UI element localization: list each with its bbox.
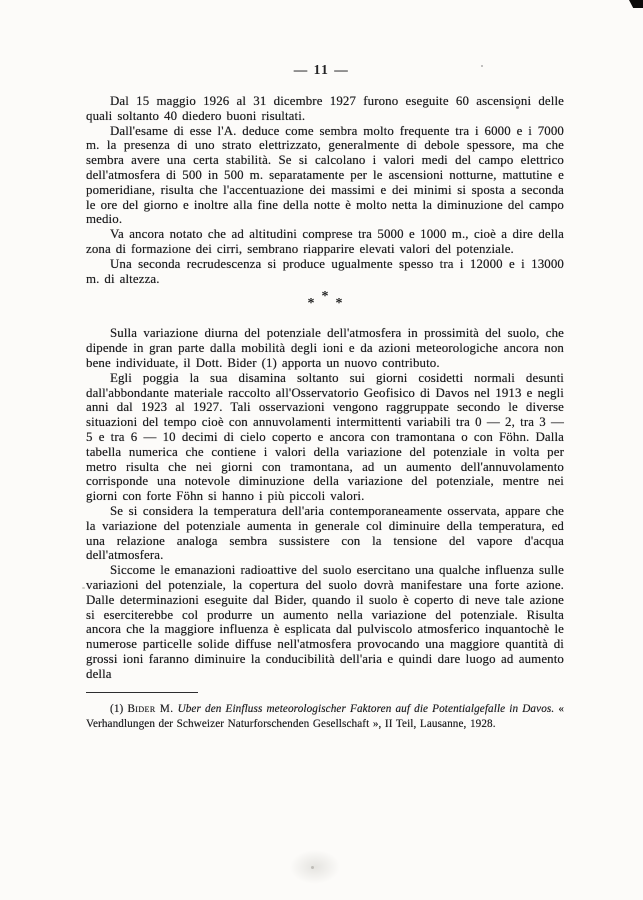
footnote: (1) Bider M. Uber den Einfluss meteorolo… (86, 702, 564, 732)
scan-artifact-speck (516, 106, 519, 109)
paragraph-variazione-diurna: Sulla variazione diurna del potenziale d… (86, 326, 564, 370)
scan-artifact-smudge (290, 850, 340, 884)
paragraph-davos-osservazioni: Egli poggia la sua disamina soltanto sui… (86, 371, 564, 504)
paragraph-recrudescenza: Una seconda recrudescenza si produce ugu… (86, 257, 564, 287)
paragraph-ascensioni: Dal 15 maggio 1926 al 31 dicembre 1927 f… (86, 94, 564, 124)
asterisk-icon: * (336, 296, 343, 312)
page-number: — 11 — (0, 0, 643, 78)
text-block: Dal 15 maggio 1926 al 31 dicembre 1927 f… (86, 94, 564, 732)
scan-artifact-speck (311, 866, 314, 869)
footnote-separator (86, 692, 198, 693)
paragraph-temperatura: Se si considera la temperatura dell'aria… (86, 504, 564, 563)
scanned-document-page: — 11 — Dal 15 maggio 1926 al 31 dicembre… (0, 0, 643, 900)
footnote-author: Bider M. (127, 703, 173, 715)
asterisk-icon: * (322, 289, 329, 305)
footnote-title: Uber den Einfluss meteorologischer Fakto… (178, 703, 555, 715)
asterism-divider: *** (86, 294, 564, 316)
paragraph-strato-elettrizzato: Dall'esame di esse l'A. deduce come semb… (86, 124, 564, 228)
paragraph-emanazioni-radioattive: Siccome le emanazioni radioattive del su… (86, 563, 564, 681)
paragraph-zona-cirri: Va ancora notato che ad altitudini compr… (86, 227, 564, 257)
scan-artifact-speck (82, 587, 85, 589)
asterisk-icon: * (308, 296, 315, 312)
footnote-label: (1) (110, 703, 123, 715)
scan-artifact-speck (481, 65, 483, 67)
